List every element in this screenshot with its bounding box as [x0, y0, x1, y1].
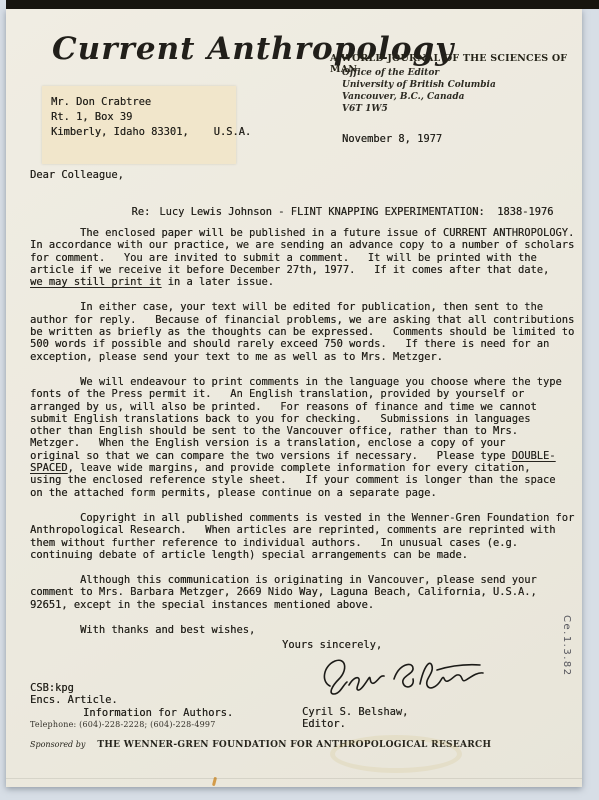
- text-line: them without further reference to indivi…: [30, 537, 590, 549]
- paragraph: Copyright in all published comments is v…: [30, 512, 590, 561]
- text-line: submit English translations back to you …: [30, 413, 590, 425]
- text-line: comment to Mrs. Barbara Metzger, 2669 Ni…: [30, 586, 590, 598]
- signature-ink: [316, 648, 496, 704]
- text-line: Mr. Don Crabtree: [51, 95, 236, 110]
- text-line: The enclosed paper will be published in …: [30, 227, 590, 239]
- text-line: In accordance with our practice, we are …: [30, 239, 590, 251]
- salutation: Dear Colleague,: [30, 169, 124, 181]
- text-line: Copyright in all published comments is v…: [30, 512, 590, 524]
- text-line: V6T 1W5: [342, 103, 496, 115]
- letter-date: November 8, 1977: [342, 133, 442, 145]
- stain-ring: [330, 735, 462, 773]
- re-label: Re:: [132, 206, 151, 218]
- text-line: continuing debate of article length) spe…: [30, 549, 590, 561]
- text-segment: them without further reference to indivi…: [30, 537, 518, 549]
- text-segment: comment to Mrs. Barbara Metzger, 2669 Ni…: [30, 586, 537, 598]
- text-segment: In accordance with our practice, we are …: [30, 239, 574, 251]
- text-line: using the enclosed reference style sheet…: [30, 474, 590, 486]
- text-segment: We will endeavour to print comments in t…: [30, 376, 562, 388]
- text-line: Metzger. When the English version is a t…: [30, 437, 590, 449]
- text-segment: author for reply. Because of financial p…: [30, 314, 574, 326]
- reference-initials: CSB:kpg: [30, 682, 233, 694]
- text-line: we may still print it in a later issue.: [30, 276, 590, 288]
- paragraph: We will endeavour to print comments in t…: [30, 376, 590, 499]
- text-segment: original so that we can compare the two …: [30, 450, 512, 462]
- letter-paper: Current Anthropology A WORLD JOURNAL OF …: [6, 9, 582, 787]
- re-line: Re:Lucy Lewis Johnson - FLINT KNAPPING E…: [94, 194, 553, 230]
- paper-bottom-shadow: [6, 778, 582, 779]
- text-line: 500 words if possible and should rarely …: [30, 338, 590, 350]
- text-segment: Although this communication is originati…: [30, 574, 537, 586]
- catalog-number-annotation: Ce.1.3.82: [561, 615, 572, 677]
- text-line: for comment. You are invited to submit a…: [30, 252, 590, 264]
- text-line: SPACED, leave wide margins, and provide …: [30, 462, 590, 474]
- text-line: Although this communication is originati…: [30, 574, 590, 586]
- text-segment: article if we receive it before December…: [30, 264, 549, 276]
- text-segment: for comment. You are invited to submit a…: [30, 252, 537, 264]
- text-segment: on the attached form permits, please con…: [30, 487, 437, 499]
- text-line: University of British Columbia: [342, 79, 496, 91]
- enclosure-note-2: Information for Authors.: [30, 707, 233, 719]
- text-segment: continuing debate of article length) spe…: [30, 549, 468, 561]
- underlined-text: DOUBLE-: [512, 450, 556, 462]
- text-line: We will endeavour to print comments in t…: [30, 376, 590, 388]
- footer-reference-block: CSB:kpg Encs. Article. Information for A…: [30, 682, 233, 719]
- text-line: With thanks and best wishes,: [30, 624, 590, 636]
- text-line: In either case, your text will be edited…: [30, 301, 590, 313]
- text-segment: submit English translations back to you …: [30, 413, 530, 425]
- text-segment: Anthropological Research. When articles …: [30, 524, 555, 536]
- text-segment: , leave wide margins, and provide comple…: [68, 462, 531, 474]
- text-line: 92651, except in the special instances m…: [30, 599, 590, 611]
- text-segment: be written as briefly as the thoughts ca…: [30, 326, 574, 338]
- text-line: author for reply. Because of financial p…: [30, 314, 590, 326]
- text-line: on the attached form permits, please con…: [30, 487, 590, 499]
- telephone-line: Telephone: (604)-228-2228; (604)-228-499…: [30, 720, 216, 729]
- scanned-letter-page: Current Anthropology A WORLD JOURNAL OF …: [0, 0, 599, 800]
- signature: [316, 648, 496, 704]
- text-segment: fonts of the Press permit it. An English…: [30, 388, 524, 400]
- underlined-text: we may still print it: [30, 276, 161, 288]
- letter-body: The enclosed paper will be published in …: [30, 227, 590, 649]
- text-line: article if we receive it before December…: [30, 264, 590, 276]
- paragraph: With thanks and best wishes,: [30, 624, 590, 636]
- scan-top-edge: [6, 0, 599, 9]
- recipient-address-label: Mr. Don CrabtreeRt. 1, Box 39Kimberly, I…: [42, 86, 236, 164]
- text-segment: using the enclosed reference style sheet…: [30, 474, 555, 486]
- text-segment: exception, please send your text to me a…: [30, 351, 443, 363]
- text-line: exception, please send your text to me a…: [30, 351, 590, 363]
- paragraph: Although this communication is originati…: [30, 574, 590, 611]
- text-segment: 500 words if possible and should rarely …: [30, 338, 549, 350]
- text-line: Kimberly, Idaho 83301, U.S.A.: [51, 125, 236, 140]
- signatory-name: Cyril S. Belshaw,: [302, 706, 408, 718]
- paragraph: The enclosed paper will be published in …: [30, 227, 590, 288]
- underlined-text: SPACED: [30, 462, 68, 474]
- text-line: Anthropological Research. When articles …: [30, 524, 590, 536]
- editor-office-address: Office of the EditorUniversity of Britis…: [342, 67, 496, 115]
- text-segment: 92651, except in the special instances m…: [30, 599, 374, 611]
- text-line: Vancouver, B.C., Canada: [342, 91, 496, 103]
- text-line: other than English should be sent to the…: [30, 425, 590, 437]
- text-line: Rt. 1, Box 39: [51, 110, 236, 125]
- text-line: Office of the Editor: [342, 67, 496, 79]
- text-segment: The enclosed paper will be published in …: [30, 227, 574, 239]
- text-line: fonts of the Press permit it. An English…: [30, 388, 590, 400]
- text-segment: In either case, your text will be edited…: [30, 301, 543, 313]
- text-segment: Copyright in all published comments is v…: [30, 512, 574, 524]
- signatory-title: Editor.: [302, 718, 408, 730]
- text-line: arranged by us, will also be printed. Fo…: [30, 401, 590, 413]
- text-segment: With thanks and best wishes,: [30, 624, 255, 636]
- signatory-block: Cyril S. Belshaw, Editor.: [302, 706, 408, 731]
- text-line: original so that we can compare the two …: [30, 450, 590, 462]
- text-segment: other than English should be sent to the…: [30, 425, 518, 437]
- text-segment: in a later issue.: [161, 276, 274, 288]
- sponsored-by-label: Sponsored by: [30, 740, 85, 749]
- text-line: be written as briefly as the thoughts ca…: [30, 326, 590, 338]
- paragraph: In either case, your text will be edited…: [30, 301, 590, 362]
- re-subject: Lucy Lewis Johnson - FLINT KNAPPING EXPE…: [159, 206, 553, 218]
- enclosure-note: Encs. Article.: [30, 694, 233, 706]
- text-segment: Metzger. When the English version is a t…: [30, 437, 505, 449]
- text-segment: arranged by us, will also be printed. Fo…: [30, 401, 537, 413]
